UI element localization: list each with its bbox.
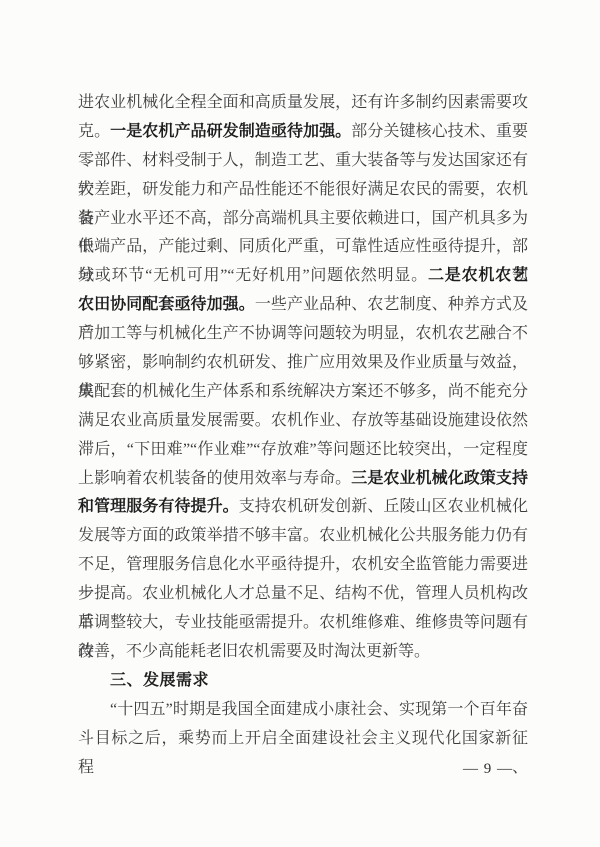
text-segment: 域或环节“无机可用”“无好机用”问题依然明显。 [78,267,428,284]
text-segment: 满足农业高质量发展需要。农机作业、存放等基础设施建设依然 [78,412,528,429]
bold-text-segment: 三是农业机械化政策支持 [351,470,528,487]
text-segment: 部分关键核心技术、重要 [351,123,528,140]
text-line-19: 后调整较大，专业技能亟需提升。农机维修难、维修贵等问题有待 [78,609,528,638]
text-line-05: 备产业水平还不高，部分高端机具主要依赖进口，国产机具多为中 [78,205,528,234]
text-segment: 发展等方面的政策举措不够丰富。农业机械化公共服务能力仍有 [78,527,528,544]
text-segment: 改善，不少高能耗老旧农机需要及时淘汰更新等。 [78,643,430,660]
page-number: — 9 — [463,761,513,778]
text-line-16: 发展等方面的政策举措不够丰富。农业机械化公共服务能力仍有 [78,522,528,551]
text-segment: 克。 [78,123,110,140]
text-line-17: 不足，管理服务信息化水平亟待提升，农机安全监管能力需要进一 [78,551,528,580]
text-line-10: 够紧密，影响制约农机研发、推广应用效果及作业质量与效益，集 [78,349,528,378]
text-line-11: 成配套的机械化生产体系和系统解决方案还不够多，尚不能充分 [78,378,528,407]
text-line-13: 滞后，“下田难”“作业难”“存放难”等问题还比较突出，一定程度 [78,436,528,465]
text-line-08: 农田协同配套亟待加强。一些产业品种、农艺制度、种养方式及产 [78,291,528,320]
text-line-01: 进农业机械化全程全面和高质量发展，还有许多制约因素需要攻 [78,89,528,118]
bold-text-segment: 二是农机农艺 [428,267,528,284]
text-segment: “十四五”时期是我国全面建成小康社会、实现第一个百年奋 [110,701,528,718]
text-line-14: 上影响着农机装备的使用效率与寿命。三是农业机械化政策支持 [78,465,528,494]
text-line-07: 域或环节“无机可用”“无好机用”问题依然明显。二是农机农艺 [78,262,528,291]
text-line-02: 克。一是农机产品研发制造亟待加强。部分关键核心技术、重要 [78,118,528,147]
text-segment: 后加工等与机械化生产不协调等问题较为明显，农机农艺融合不 [78,325,528,342]
text-line-18: 步提高。农业机械化人才总量不足、结构不优，管理人员机构改革 [78,580,528,609]
text-segment: 滞后，“下田难”“作业难”“存放难”等问题还比较突出，一定程度 [78,441,528,458]
bold-text-segment: 和管理服务有待提升。 [78,498,239,515]
document-body: 进农业机械化全程全面和高质量发展，还有许多制约因素需要攻克。一是农机产品研发制造… [78,89,528,753]
bold-text-segment: 一是农机产品研发制造亟待加强。 [110,123,351,140]
text-segment: 支持农机研发创新、丘陵山区农业机械化 [239,498,528,515]
text-line-09: 后加工等与机械化生产不协调等问题较为明显，农机农艺融合不 [78,320,528,349]
bold-text-segment: 农田协同配套亟待加强。 [78,296,255,313]
text-line-12: 满足农业高质量发展需要。农机作业、存放等基础设施建设依然 [78,407,528,436]
text-segment: 上影响着农机装备的使用效率与寿命。 [78,470,351,487]
bold-text-segment: 三、发展需求 [110,672,209,689]
text-line-15: 和管理服务有待提升。支持农机研发创新、丘陵山区农业机械化 [78,493,528,522]
text-line-23: 斗目标之后，乘势而上开启全面建设社会主义现代化国家新征程、 [78,725,528,754]
text-line-06: 低端产品，产能过剩、同质化严重，可靠性适应性亟待提升，部分领 [78,233,528,262]
text-segment: 成配套的机械化生产体系和系统解决方案还不够多，尚不能充分 [78,383,528,400]
section-heading: 三、发展需求 [78,667,528,696]
text-line-22: “十四五”时期是我国全面建成小康社会、实现第一个百年奋 [78,696,528,725]
document-page: 进农业机械化全程全面和高质量发展，还有许多制约因素需要攻克。一是农机产品研发制造… [0,0,600,847]
text-line-20: 改善，不少高能耗老旧农机需要及时淘汰更新等。 [78,638,528,667]
text-segment: 斗目标之后，乘势而上开启全面建设社会主义现代化国家新征程、 [78,730,528,776]
text-line-03: 零部件、材料受制于人，制造工艺、重大装备等与发达国家还有较 [78,147,528,176]
text-line-04: 大差距，研发能力和产品性能还不能很好满足农民的需要，农机装 [78,176,528,205]
text-segment: 进农业机械化全程全面和高质量发展，还有许多制约因素需要攻 [78,94,528,111]
